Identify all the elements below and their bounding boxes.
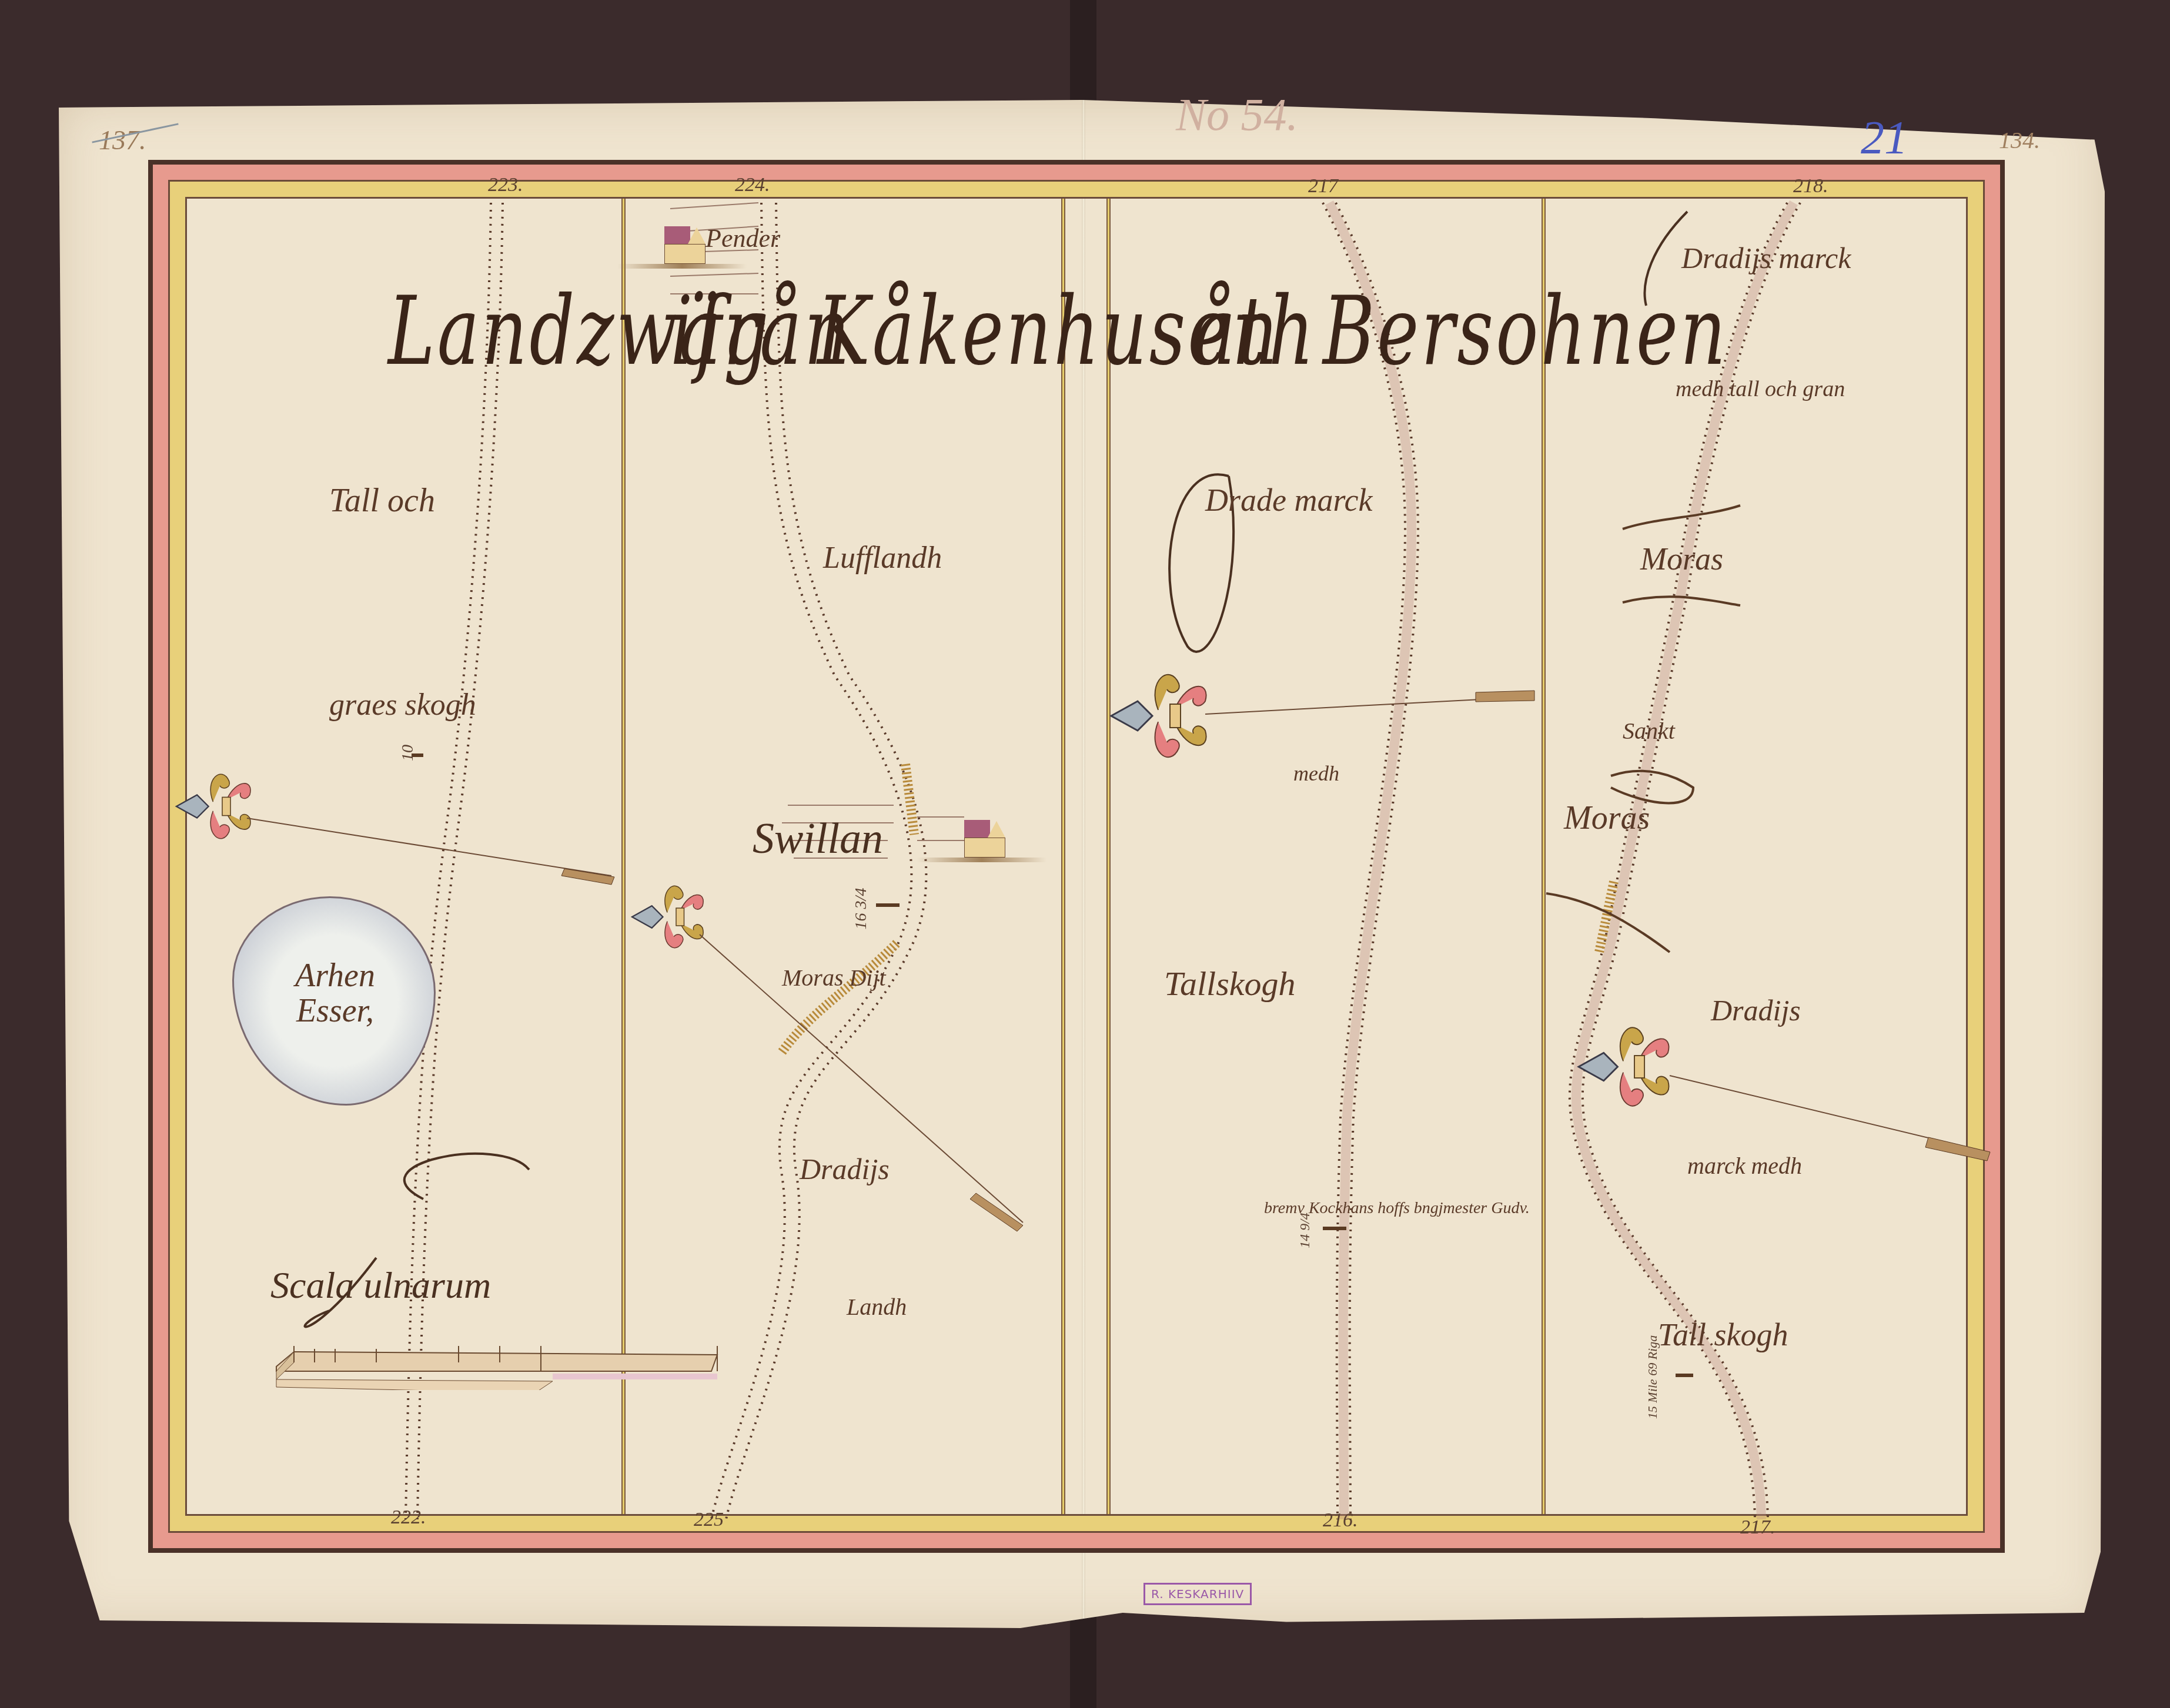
compass-icon-col1 <box>176 774 250 838</box>
archive-stamp: R. KESKARHIIV <box>1143 1583 1252 1605</box>
compass-icon-col2 <box>632 886 703 947</box>
scale-bar <box>259 1343 729 1390</box>
compass-icon-col4 <box>1579 1027 1669 1106</box>
compass-markers <box>0 0 2170 1708</box>
compass-icon-col3 <box>1111 675 1206 757</box>
scale-label: Scala ulnarum <box>270 1264 491 1307</box>
